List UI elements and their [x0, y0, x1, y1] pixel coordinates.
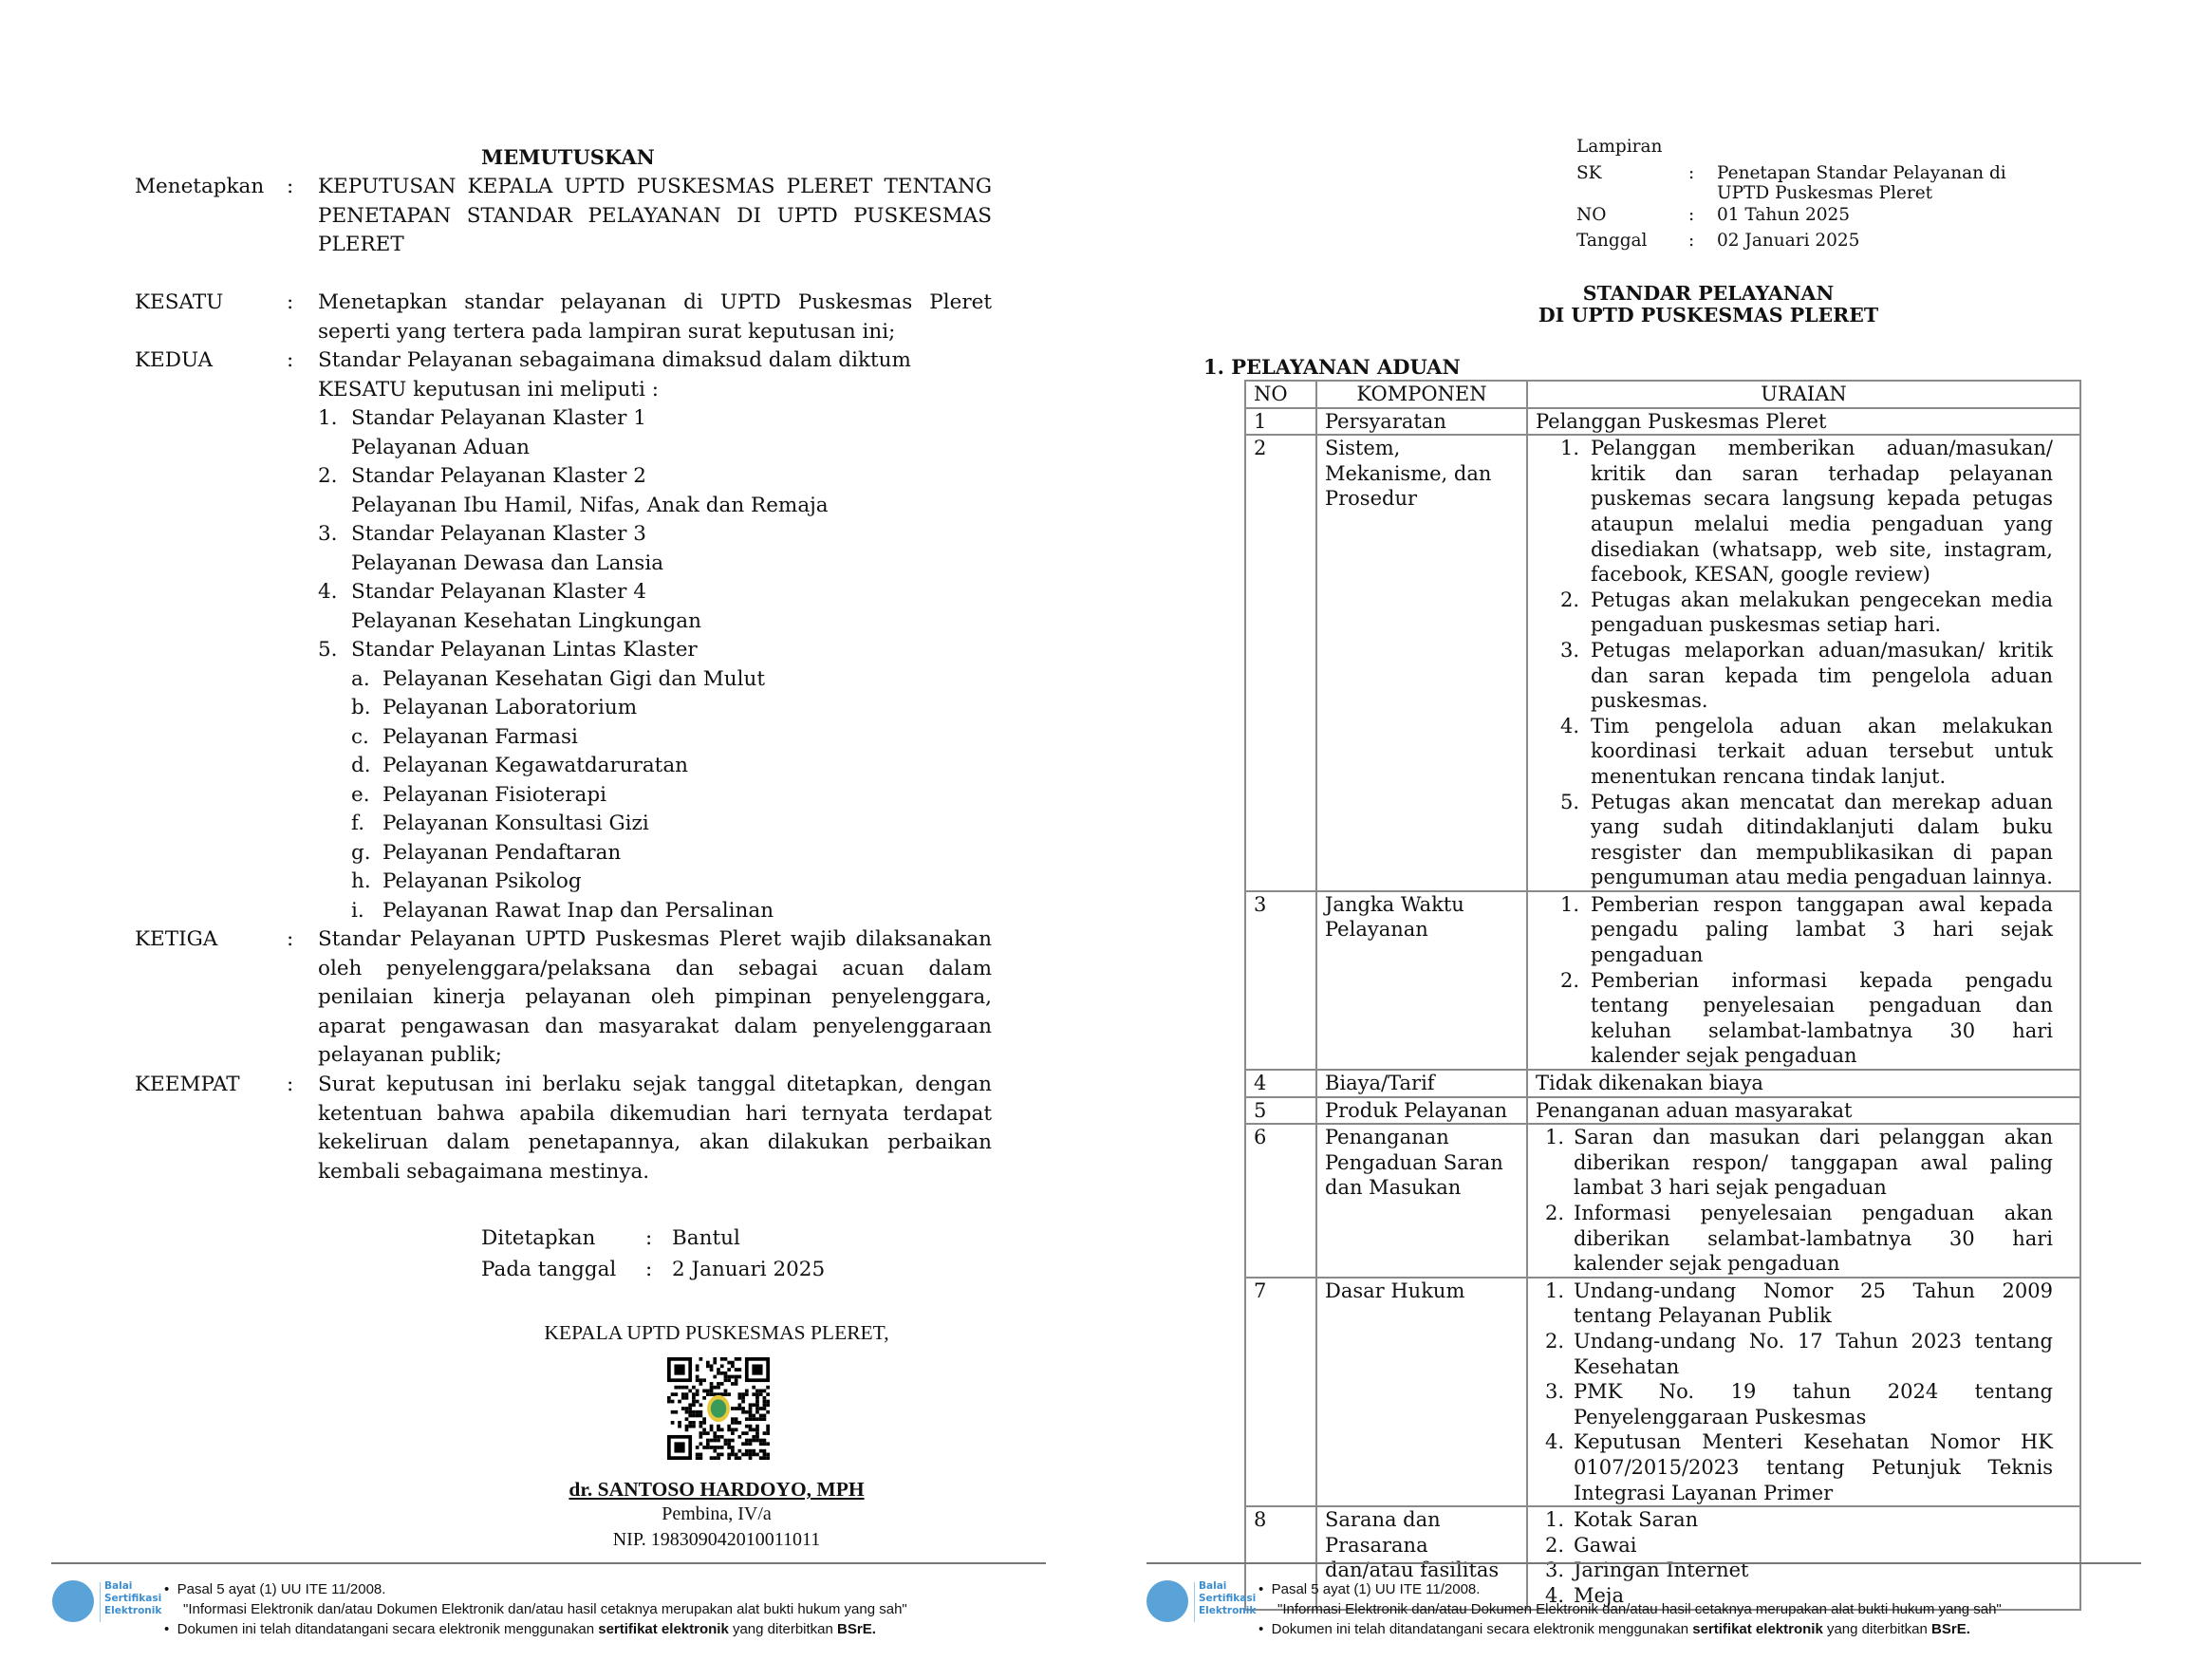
signatory-name: dr. SANTOSO HARDOYO, MPH	[494, 1478, 940, 1502]
clause-label: KEEMPAT	[135, 1071, 240, 1100]
lintas-klaster-item: b.Pelayanan Laboratorium	[318, 694, 992, 723]
table-row: 5Produk PelayananPenanganan aduan masyar…	[1245, 1097, 2080, 1125]
klaster-item: 1.Standar Pelayanan Klaster 1Pelayanan A…	[318, 404, 992, 462]
table-row: 2Sistem, Mekanisme, dan Prosedur1.Pelang…	[1245, 435, 2080, 891]
lintas-klaster-item: c.Pelayanan Farmasi	[318, 723, 992, 753]
lintas-klaster-item: e.Pelayanan Fisioterapi	[318, 781, 992, 811]
table-row: 1PersyaratanPelanggan Puskesmas Pleret	[1245, 408, 2080, 436]
lintas-klaster-item: g.Pelayanan Pendaftaran	[318, 839, 992, 868]
key-icon	[1147, 1580, 1188, 1622]
clause-label: KESATU	[135, 289, 223, 318]
lintas-klaster-item: f.Pelayanan Konsultasi Gizi	[318, 810, 992, 839]
lintas-klaster-item: d.Pelayanan Kegawatdaruratan	[318, 752, 992, 781]
table-row: 6Penanganan Pengaduan Saran dan Masukan1…	[1245, 1124, 2080, 1278]
ditetapkan-value: Bantul	[672, 1226, 740, 1250]
lintas-klaster-item: i.Pelayanan Rawat Inap dan Persalinan	[318, 897, 992, 926]
clause-label: KEDUA	[135, 346, 213, 376]
lampiran-label: Lampiran	[1576, 137, 1662, 158]
menetapkan-clause: Menetapkan : KEPUTUSAN KEPALA UPTD PUSKE…	[135, 173, 992, 263]
ditetapkan-label: Ditetapkan	[481, 1226, 595, 1250]
qr-code-signature	[667, 1357, 770, 1460]
table-row: 7Dasar Hukum1.Undang-undang Nomor 25 Tah…	[1245, 1278, 2080, 1506]
decree-page: MEMUTUSKAN Menetapkan : KEPUTUSAN KEPALA…	[0, 0, 1082, 1680]
section-title: 1. PELAYANAN ADUAN	[1203, 355, 1461, 379]
klaster-list: 1.Standar Pelayanan Klaster 1Pelayanan A…	[318, 404, 992, 665]
footer-divider	[1147, 1562, 2141, 1564]
signatory-rank: Pembina, IV/a	[494, 1503, 940, 1525]
klaster-item: 5.Standar Pelayanan Lintas Klaster	[318, 636, 992, 665]
kesatu-clause: KESATU : Menetapkan standar pelayanan di…	[135, 289, 992, 347]
ketiga-clause: KETIGA : Standar Pelayanan UPTD Puskesma…	[135, 925, 992, 1073]
klaster-item: 3.Standar Pelayanan Klaster 3Pelayanan D…	[318, 520, 992, 578]
decree-heading: MEMUTUSKAN	[481, 145, 655, 169]
keempat-clause: KEEMPAT : Surat keputusan ini berlaku se…	[135, 1071, 992, 1189]
lintas-klaster-item: a.Pelayanan Kesehatan Gigi dan Mulut	[318, 665, 992, 695]
table-header-row: NO KOMPONEN URAIAN	[1245, 381, 2080, 408]
attachment-title: STANDAR PELAYANAN DI UPTD PUSKESMAS PLER…	[1424, 283, 1993, 327]
klaster-item: 2.Standar Pelayanan Klaster 2Pelayanan I…	[318, 462, 992, 520]
footer-legal-text: • Pasal 5 ayat (1) UU ITE 11/2008. "Info…	[1258, 1579, 2002, 1639]
signatory-position: KEPALA UPTD PUSKESMAS PLERET,	[494, 1321, 940, 1345]
lintas-klaster-list: a.Pelayanan Kesehatan Gigi dan Mulutb.Pe…	[318, 665, 992, 926]
signatory-nip: NIP. 198309042010011011	[494, 1529, 940, 1551]
standard-table: NO KOMPONEN URAIAN 1PersyaratanPelanggan…	[1244, 380, 2081, 1611]
tanggal-label: Pada tanggal	[481, 1258, 616, 1281]
clause-label: Menetapkan	[135, 173, 264, 202]
footer-legal-text: • Pasal 5 ayat (1) UU ITE 11/2008. "Info…	[164, 1579, 907, 1639]
table-row: 3Jangka Waktu Pelayanan1.Pemberian respo…	[1245, 891, 2080, 1070]
tanggal-value: 2 Januari 2025	[672, 1258, 825, 1281]
meta-sk: SK: Penetapan Standar Pelayanan di UPTD …	[1576, 163, 2051, 205]
clause-label: KETIGA	[135, 925, 217, 955]
klaster-item: 4.Standar Pelayanan Klaster 4Pelayanan K…	[318, 578, 992, 636]
table-row: 4Biaya/TarifTidak dikenakan biaya	[1245, 1070, 2080, 1097]
lintas-klaster-item: h.Pelayanan Psikolog	[318, 868, 992, 897]
footer-divider	[51, 1562, 1046, 1564]
key-icon	[52, 1580, 94, 1622]
